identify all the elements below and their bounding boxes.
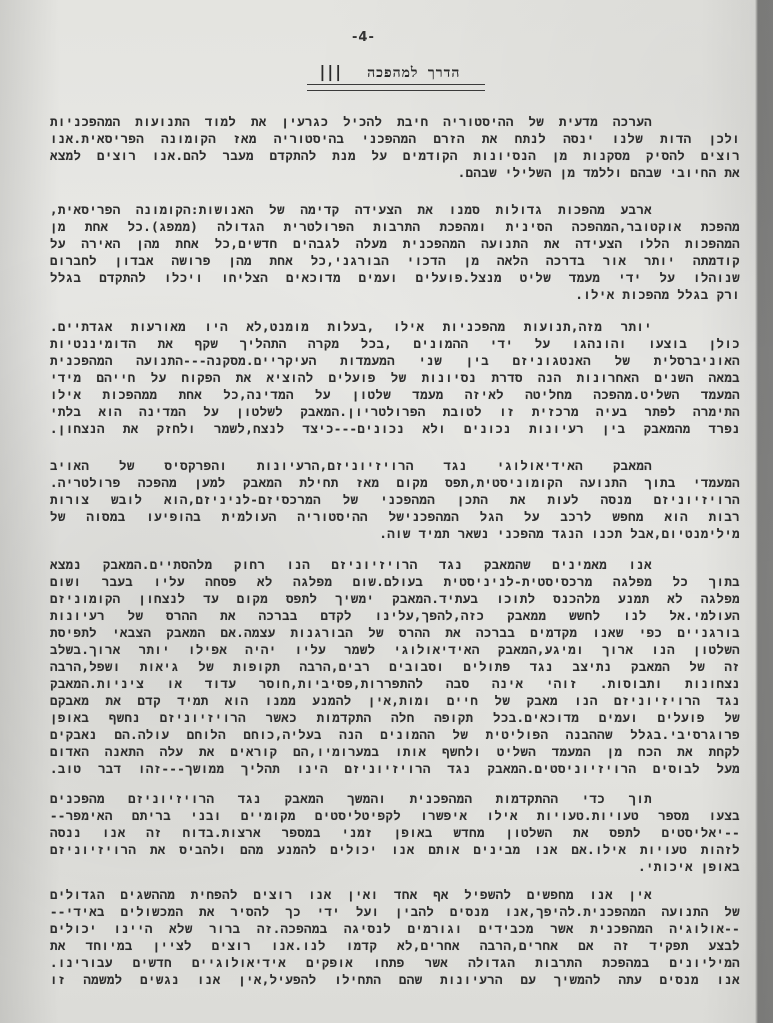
- text-line: רבות הוא מחפש לרכב על הגל המהפכנישל ההיס…: [50, 508, 740, 525]
- text-line: ולכן הדות שלנו ינסה לנתח את הזרם המהפכני…: [50, 130, 740, 147]
- text-line: רוצים להסיק מסקנות מן הנסיונות הקודמים ע…: [50, 147, 740, 164]
- text-line: הרויזיוניזם מנסה לעות את התכן המהפכני של…: [50, 491, 740, 508]
- text-line: נגד הרויזיוניזם הנו מאבק של חיים ומות,אי…: [50, 692, 740, 709]
- title-mark: |||: [320, 62, 344, 81]
- text-line: לזהות טעויות אילו.אם אנו מבינים אותם אנו…: [50, 841, 740, 858]
- text-line: שנוהלו על ידי מעמד שליט מנצל.פועלים ועמי…: [50, 269, 740, 286]
- text-line: נצחונות ותבוסות. זוהי אינה סבה להתפררות,…: [50, 675, 740, 692]
- text-line: של התנועה המהפכנית.להיפך,אנו מנסים להבין…: [50, 903, 740, 920]
- text-line: במאה השנים האחרונות הנה סדרת נסיונות של …: [50, 369, 740, 386]
- text-line: כולן בוצעו והונהגו על ידי ההמונים ,בכל מ…: [50, 335, 740, 352]
- text-line: --אולוגיה המהפכנית אשר מכבידים וגורמים ל…: [50, 920, 740, 937]
- text-line: נפרד מהמאבק בין רעיונות נכונים ולא נכוני…: [50, 420, 740, 437]
- text-line: מילימנטיום,אבל תכנו הנגד מהפכני נשאר תמי…: [50, 525, 740, 542]
- text-line: בורגניים כפי שאנו מקדמים בברכה את ההרס ש…: [50, 624, 740, 641]
- text-line: לבצע תפקיד זה אם אחרים,הרבה אחרים,לא קדמ…: [50, 937, 740, 954]
- text-line: פרוגרסיבי.בגלל שההבנה הפוליטית של ההמוני…: [50, 726, 740, 743]
- text-line: תוך כדי ההתקדמות המהפכנית והמשך המאבק נג…: [50, 790, 740, 807]
- title-underline: [307, 90, 485, 91]
- document-page: -4- הדרך למהפכה||| הערכה מדעית של ההיסטו…: [0, 0, 773, 1023]
- text-line: את החיובי שבהם וללמד מן השלילי שבהם.: [50, 164, 740, 181]
- paragraph-3: יותר מזה,תנועות מהפכניות אילו ,בעלות מומ…: [50, 318, 740, 437]
- page-number: -4-: [352, 30, 375, 45]
- paragraph-1: הערכה מדעית של ההיסטוריה חיבת להכיל כגרע…: [50, 113, 740, 181]
- title-underline: [307, 84, 485, 85]
- text-line: הערכה מדעית של ההיסטוריה חיבת להכיל כגרע…: [50, 113, 740, 130]
- text-line: מעל לבוסים הרויזיוניסטים.המאבק נגד הרויז…: [50, 760, 740, 777]
- text-line: קודמתה יותר אור בדרכה הלאה מן הדכוי הבור…: [50, 252, 740, 269]
- text-line: זה של המאבק נתיצב נגד פתולים וסבובים רבי…: [50, 658, 740, 675]
- title-block: הדרך למהפכה|||: [305, 60, 475, 80]
- text-line: אנו מאמינים שהמאבק נגד הרויזיוניזם הנו ר…: [50, 556, 740, 573]
- text-line: המעמד השליט.מהפכה מחליטה לאיזה מעמד שלטו…: [50, 386, 740, 403]
- text-line: השלטון הנו ארוך ומיגע,המאבק האידיאולוגי …: [50, 641, 740, 658]
- text-line: בצעו מספר טעויות.טעויות אילו איפשרו לקפי…: [50, 807, 740, 824]
- text-line: לקחת את הכח מן המעמד השליט ולחשף אותו במ…: [50, 743, 740, 760]
- paragraph-7: אין אנו מחפשים להשפיל אף אחד ואין אנו רו…: [50, 886, 740, 988]
- text-line: העולמי.אל לנו לחשש ממאבק כזה,להפך,עלינו …: [50, 607, 740, 624]
- paragraph-5: אנו מאמינים שהמאבק נגד הרויזיוניזם הנו ר…: [50, 556, 740, 777]
- text-line: המאבק האידיאולוגי נגד הרויזיוניזם,הרעיונ…: [50, 457, 740, 474]
- text-line: המהפכות הללו הצעידה את התנועה המהפכנית מ…: [50, 235, 740, 252]
- text-line: יותר מזה,תנועות מהפכניות אילו ,בעלות מומ…: [50, 318, 740, 335]
- text-line: התימרה לפתר בעיה מרכזית זו לטובת הפרולטר…: [50, 403, 740, 420]
- text-line: מהפכת אוקטובר,המהפכה הסינית ומהפכת התרבו…: [50, 218, 740, 235]
- text-line: --יאליסטים לתפס את השלטון מחדש באופן זמנ…: [50, 824, 740, 841]
- text-line: ארבע מהפכות גדולות סמנו את הצעידה קדימה …: [50, 201, 740, 218]
- text-line: המעמדי בתוך התנועה הקומוניסטית,תפס מקום …: [50, 474, 740, 491]
- text-line: האוניברסלית של האנטגוניזם בין שני המעמדו…: [50, 352, 740, 369]
- text-line: אין אנו מחפשים להשפיל אף אחד ואין אנו רו…: [50, 886, 740, 903]
- text-line: ורק בגלל מהפכות אילו.: [50, 286, 740, 303]
- page-title: הדרך למהפכה|||: [320, 65, 461, 81]
- text-line: באופן איכותי.: [50, 858, 740, 875]
- text-line: אנו מנסים עתה להמשיך עם הרעיונות שהם התח…: [50, 971, 740, 988]
- page-title-text: הדרך למהפכה: [367, 65, 460, 81]
- paragraph-2: ארבע מהפכות גדולות סמנו את הצעידה קדימה …: [50, 201, 740, 303]
- text-line: מפלגה לא תמנע מלהכנס לתוכו בעתיד.המאבק י…: [50, 590, 740, 607]
- text-line: בתוך כל מפלגה מרכסיסטית-לניניסטית בעולם.…: [50, 573, 740, 590]
- paragraph-6: תוך כדי ההתקדמות המהפכנית והמשך המאבק נג…: [50, 790, 740, 875]
- paragraph-4: המאבק האידיאולוגי נגד הרויזיוניזם,הרעיונ…: [50, 457, 740, 542]
- text-line: של פועלים ועמים מדוכאים.בכל תקופה חלה הת…: [50, 709, 740, 726]
- text-line: המיליונים במהפכת התרבות הגדולה אשר פתחו …: [50, 954, 740, 971]
